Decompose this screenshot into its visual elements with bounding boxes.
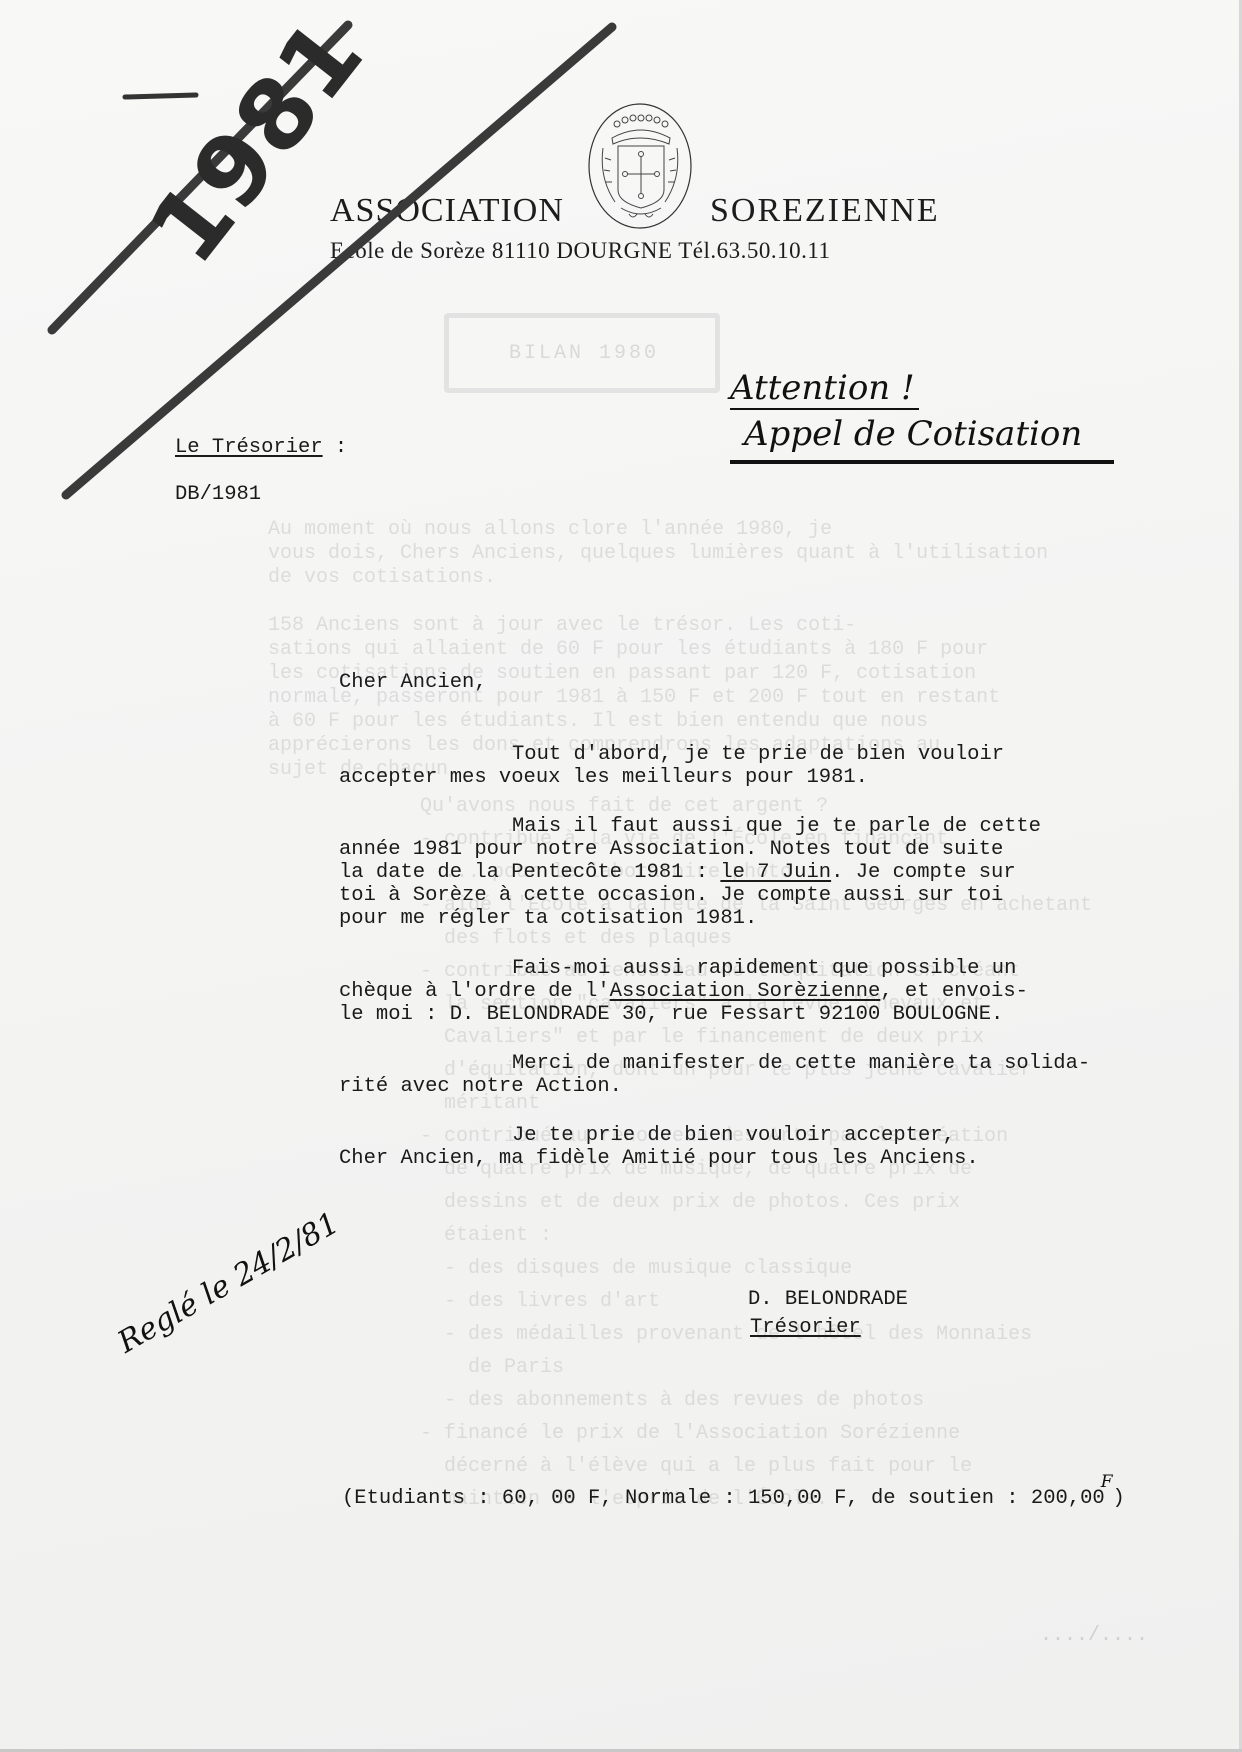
payee-name: Association Sorèzienne <box>610 980 881 1003</box>
signature-block: D. BELONDRADE Trésorier <box>748 1286 908 1342</box>
p2-line3-start: la date de la Pentecôte 1981 : <box>339 861 720 884</box>
salutation: Cher Ancien, <box>339 671 487 695</box>
org-name-right: SOREZIENNE <box>710 192 940 230</box>
p4-line2: rité avec notre Action. <box>339 1075 622 1099</box>
p3-line2-start: chèque à l'ordre de l' <box>339 980 610 1003</box>
org-name-left: ASSOCIATION <box>330 192 564 230</box>
rates-text: (Etudiants : 60, 00 F, Normale : 150,00 … <box>342 1487 1105 1510</box>
p4-line1: Merci de manifester de cette manière ta … <box>512 1052 1090 1076</box>
sender-title-colon: : <box>323 436 348 459</box>
p3-line2-end: , et envois- <box>880 980 1028 1003</box>
sender-title-line: Le Trésorier : <box>175 436 347 460</box>
p1-line1: Tout d'abord, je te prie de bien vouloir <box>512 743 1004 767</box>
attention-heading: Attention ! <box>730 368 919 410</box>
ghost-continued-mark: ..../.... <box>1040 1624 1148 1647</box>
signatory-role: Trésorier <box>750 1316 861 1339</box>
p3-line2: chèque à l'ordre de l'Association Sorèzi… <box>339 980 1028 1004</box>
p3-line1: Fais-moi aussi rapidement que possible u… <box>512 957 1016 981</box>
pentecost-date: le 7 Juin <box>720 861 831 884</box>
p2-line3: la date de la Pentecôte 1981 : le 7 Juin… <box>339 861 1016 885</box>
org-address: Ecole de Sorèze 81110 DOURGNE Tél.63.50.… <box>330 238 831 264</box>
p2-line1: Mais il faut aussi que je te parle de ce… <box>512 815 1041 839</box>
letter-page: BILAN 1980 Au moment où nous allons clor… <box>0 0 1242 1752</box>
rates-currency-mark: F <box>1101 1472 1113 1492</box>
p2-line5: pour me régler ta cotisation 1981. <box>339 907 757 931</box>
p2-line2: année 1981 pour notre Association. Notes… <box>339 838 1003 862</box>
membership-rates: (Etudiants : 60, 00 F, Normale : 150,00 … <box>342 1487 1125 1510</box>
p5-line1: Je te prie de bien vouloir accepter, <box>512 1124 955 1148</box>
mailing-address: le moi : D. BELONDRADE 30, rue Fessart 9… <box>339 1003 1003 1027</box>
sender-title: Le Trésorier <box>175 436 323 459</box>
p1-line2: accepter mes voeux les meilleurs pour 19… <box>339 766 868 790</box>
p2-line3-end: . Je compte sur <box>831 861 1016 884</box>
p2-line4: toi à Sorèze à cette occasion. Je compte… <box>339 884 1003 908</box>
ghost-bilan-label: BILAN 1980 <box>509 342 659 365</box>
signatory-name: D. BELONDRADE <box>748 1286 908 1314</box>
ghost-bilan-box: BILAN 1980 <box>444 313 720 393</box>
attention-note: Attention ! Appel de Cotisation <box>730 368 1114 464</box>
coat-of-arms-icon <box>585 98 695 230</box>
paid-note: Reglé le 24/2/81 <box>112 1206 345 1361</box>
rates-close-paren: ) <box>1113 1487 1125 1510</box>
reference: DB/1981 <box>175 483 261 507</box>
p5-line2: Cher Ancien, ma fidèle Amitié pour tous … <box>339 1147 979 1171</box>
cotisation-call: Appel de Cotisation <box>730 414 1114 464</box>
